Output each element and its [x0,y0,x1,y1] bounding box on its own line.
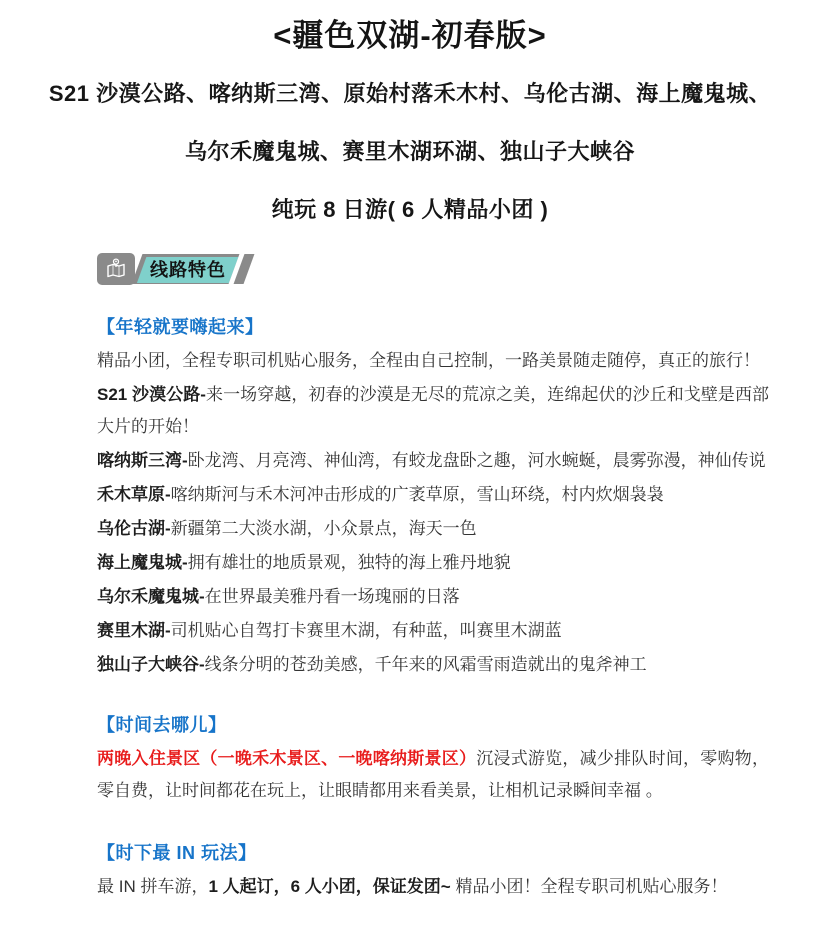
feature-paragraph: 独山子大峡谷-线条分明的苍劲美感，千年来的风霜雪雨造就出的鬼斧神工 [97,649,769,681]
feature-text: 新疆第二大淡水湖，小众景点，海天一色 [171,519,477,538]
feature-lead: 乌尔禾魔鬼城- [97,587,205,606]
badge-ribbon: 线路特色 [132,254,255,284]
group-info-paragraph: 最 IN 拼车游，1 人起订，6 人小团，保证发团~ 精品小团！全程专职司机贴心… [97,871,769,903]
feature-text: 卧龙湾、月亮湾、神仙湾，有蛟龙盘卧之趣，河水蜿蜒，晨雾弥漫，神仙传说 [188,451,766,470]
badge-label: 线路特色 [150,256,226,282]
route-feature-badge: 线路特色 [97,251,820,287]
feature-lead: 喀纳斯三湾- [97,451,188,470]
feature-lead: 赛里木湖- [97,621,171,640]
feature-paragraph: S21 沙漠公路-来一场穿越，初春的沙漠是无尽的荒凉之美，连绵起伏的沙丘和戈壁是… [97,379,769,443]
feature-text: 线条分明的苍劲美感，千年来的风霜雪雨造就出的鬼斧神工 [205,655,647,674]
group-info-suffix: 精品小团！全程专职司机贴心服务！ [451,877,728,896]
feature-lead: 禾木草原- [97,485,171,504]
feature-lead: 海上魔鬼城- [97,553,188,572]
page-content: 【年轻就要嗨起来】 精品小团，全程专职司机贴心服务，全程由自己控制，一路美景随走… [0,313,820,903]
feature-paragraph: 乌尔禾魔鬼城-在世界最美雅丹看一场瑰丽的日落 [97,581,769,613]
feature-lead: 乌伦古湖- [97,519,171,538]
page-title: <疆色双湖-初春版> [0,0,820,55]
section-heading-in-style: 【时下最 IN 玩法】 [97,839,820,865]
feature-text: 精品小团，全程专职司机贴心服务，全程由自己控制，一路美景随走随停，真正的旅行！ [97,351,760,370]
map-location-icon [97,253,135,285]
feature-lead: S21 沙漠公路- [97,385,206,404]
itinerary-page: <疆色双湖-初春版> S21 沙漠公路、喀纳斯三湾、原始村落禾木村、乌伦古湖、海… [0,0,820,940]
feature-text: 喀纳斯河与禾木河冲击形成的广袤草原，雪山环绕，村内炊烟袅袅 [171,485,664,504]
feature-text: 在世界最美雅丹看一场瑰丽的日落 [205,587,460,606]
feature-paragraph: 精品小团，全程专职司机贴心服务，全程由自己控制，一路美景随走随停，真正的旅行！ [97,345,769,377]
group-info-bold: 1 人起订，6 人小团，保证发团~ [208,877,450,896]
feature-text: 司机贴心自驾打卡赛里木湖，有种蓝，叫赛里木湖蓝 [171,621,562,640]
stay-highlight-lead: 两晚入住景区（一晚禾木景区、一晚喀纳斯景区） [97,749,476,768]
group-info-prefix: 最 IN 拼车游， [97,877,208,896]
section-heading-time: 【时间去哪儿】 [97,711,820,737]
feature-paragraph: 海上魔鬼城-拥有雄壮的地质景观，独特的海上雅丹地貌 [97,547,769,579]
feature-lead: 独山子大峡谷- [97,655,205,674]
feature-paragraph: 喀纳斯三湾-卧龙湾、月亮湾、神仙湾，有蛟龙盘卧之趣，河水蜿蜒，晨雾弥漫，神仙传说 [97,445,769,477]
feature-paragraph: 乌伦古湖-新疆第二大淡水湖，小众景点，海天一色 [97,513,769,545]
route-summary-line-3: 纯玩 8 日游( 6 人精品小团 ) [0,193,820,224]
route-summary: S21 沙漠公路、喀纳斯三湾、原始村落禾木村、乌伦古湖、海上魔鬼城、 乌尔禾魔鬼… [0,77,820,224]
stay-highlight-paragraph: 两晚入住景区（一晚禾木景区、一晚喀纳斯景区）沉浸式游览，减少排队时间，零购物，零… [97,743,769,807]
section-heading-young: 【年轻就要嗨起来】 [97,313,820,339]
feature-paragraph: 赛里木湖-司机贴心自驾打卡赛里木湖，有种蓝，叫赛里木湖蓝 [97,615,769,647]
feature-paragraph: 禾木草原-喀纳斯河与禾木河冲击形成的广袤草原，雪山环绕，村内炊烟袅袅 [97,479,769,511]
feature-text: 拥有雄壮的地质景观，独特的海上雅丹地貌 [188,553,511,572]
route-summary-line-1: S21 沙漠公路、喀纳斯三湾、原始村落禾木村、乌伦古湖、海上魔鬼城、 [0,77,820,108]
route-summary-line-2: 乌尔禾魔鬼城、赛里木湖环湖、独山子大峡谷 [0,135,820,166]
